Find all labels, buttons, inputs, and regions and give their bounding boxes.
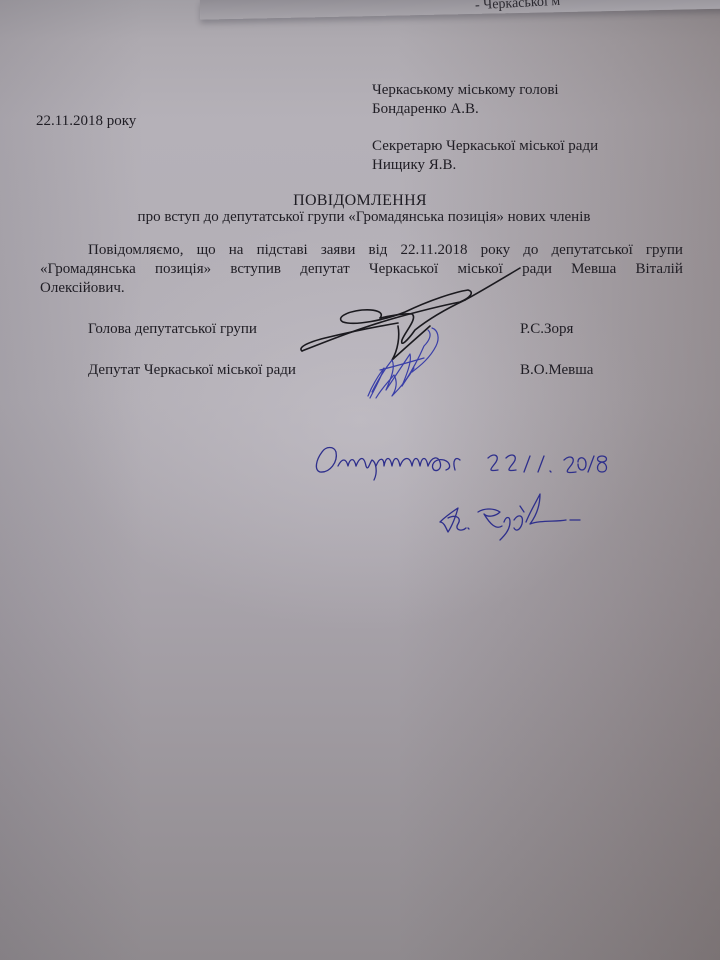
signatory-role: Голова депутатської групи — [88, 320, 257, 338]
receipt-signature-icon — [440, 494, 580, 540]
word: «Громадянська — [40, 261, 136, 278]
signatures-and-handwriting — [0, 0, 720, 960]
addressee-line: Черкаському міському голові — [372, 81, 559, 99]
word: ради — [522, 261, 552, 278]
signatory-name: Р.С.Зоря — [520, 320, 573, 338]
received-note-icon — [316, 448, 606, 481]
paper-shadow-right — [0, 0, 720, 960]
word: Повідомляємо, — [88, 242, 184, 259]
word: депутатської — [552, 242, 633, 259]
word: групи — [646, 242, 683, 259]
body-line-3: Олексійович. — [40, 280, 125, 297]
signature-zorya-icon — [301, 268, 520, 360]
word: Черкаської — [369, 261, 438, 278]
word: заяви — [321, 242, 356, 259]
word: 22.11.2018 — [401, 242, 468, 259]
word: позиція» — [155, 261, 211, 278]
word: Мевша — [571, 261, 616, 278]
document-date: 22.11.2018 року — [36, 112, 136, 130]
word: вступив — [230, 261, 281, 278]
addressee-line: Бондаренко А.В. — [372, 100, 479, 118]
paper-shadow-left — [0, 0, 720, 960]
word: міської — [457, 261, 502, 278]
word: від — [369, 242, 388, 259]
signatory-name: В.О.Мевша — [520, 361, 593, 379]
word: депутат — [300, 261, 349, 278]
signatory-role: Депутат Черкаської міської ради — [88, 361, 296, 379]
word: на — [229, 242, 244, 259]
document-subtitle: про вступ до депутатської групи «Громадя… — [0, 208, 720, 226]
word: Віталій — [636, 261, 683, 278]
addressee-line: Секретарю Черкаської міської ради — [372, 137, 598, 155]
word: року — [481, 242, 511, 259]
addressee-line: Нищику Я.В. — [372, 156, 456, 174]
body-line-1: Повідомляємо, що на підставі заяви від 2… — [88, 242, 683, 259]
body-line-2: «Громадянська позиція» вступив депутат Ч… — [40, 261, 683, 278]
word: до — [523, 242, 538, 259]
signature-mevsha-icon — [368, 328, 438, 398]
word: підставі — [257, 242, 308, 259]
word: що — [197, 242, 216, 259]
overlapping-sheet-edge — [200, 0, 720, 20]
